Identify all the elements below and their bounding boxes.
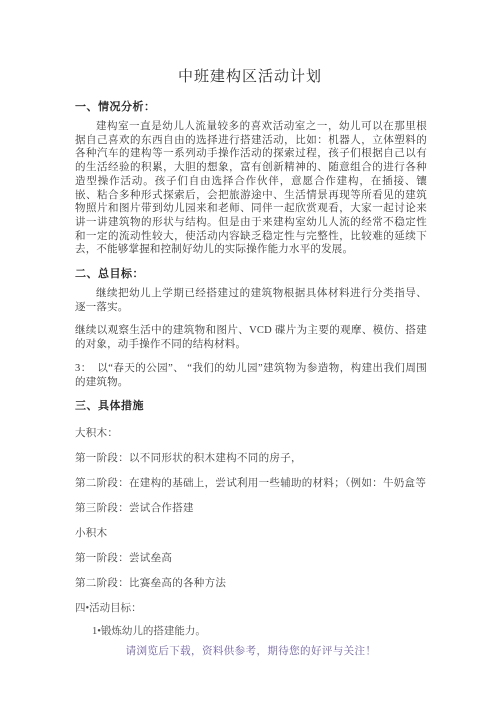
section3-line-stage1: 第一阶段：以不同形状的积木建构不同的房子， — [75, 452, 427, 466]
section4-heading: 四•活动目标： — [75, 602, 427, 616]
section3-line-small-stage1: 第一阶段：尝试垒高 — [75, 552, 427, 566]
document-body: 一、情况分析： 建构室一直是幼儿人流量较多的喜欢活动室之一，幼儿可以在那里根据自… — [75, 100, 427, 659]
section1-paragraph: 建构室一直是幼儿人流量较多的喜欢活动室之一，幼儿可以在那里根据自己喜欢的东西自由… — [75, 120, 427, 257]
section2-paragraph-2: 继续以观察生活中的建筑物和图片、VCD 碟片为主要的观摩、模仿、搭建的对象，动手… — [75, 324, 427, 351]
section3-line-stage2: 第二阶段：在建构的基础上，尝试利用一些辅助的材料；（例如：牛奶盒等 — [75, 477, 427, 491]
section1-heading: 一、情况分析： — [75, 100, 427, 114]
section3-heading: 三、具体措施 — [75, 399, 427, 413]
section2-paragraph-3: 3： 以“春天的公园”、 “我们的幼儿园”建筑物为参造物，构建出我们周围的建筑物… — [75, 362, 427, 389]
section3-line-small-stage2: 第二阶段：比赛垒高的各种方法 — [75, 577, 427, 591]
document-title: 中班建构区活动计划 — [0, 66, 500, 88]
section2-heading: 二、总目标： — [75, 267, 427, 281]
download-notice: 请浏览后下载，资料供参考，期待您的好评与关注！ — [75, 645, 427, 659]
section4-item-1: 1•锻炼幼儿的搭建能力。 — [75, 625, 427, 639]
section2-paragraph-1: 继续把幼儿上学期已经搭建过的建筑物根据具体材料进行分类指导、逐一落实。 — [75, 287, 427, 314]
document-page: 中班建构区活动计划 一、情况分析： 建构室一直是幼儿人流量较多的喜欢活动室之一，… — [0, 0, 500, 708]
section3-line-big-blocks: 大积木： — [75, 427, 427, 441]
section3-line-small-blocks: 小积木 — [75, 527, 427, 541]
section3-line-stage3: 第三阶段：尝试合作搭建 — [75, 502, 427, 516]
